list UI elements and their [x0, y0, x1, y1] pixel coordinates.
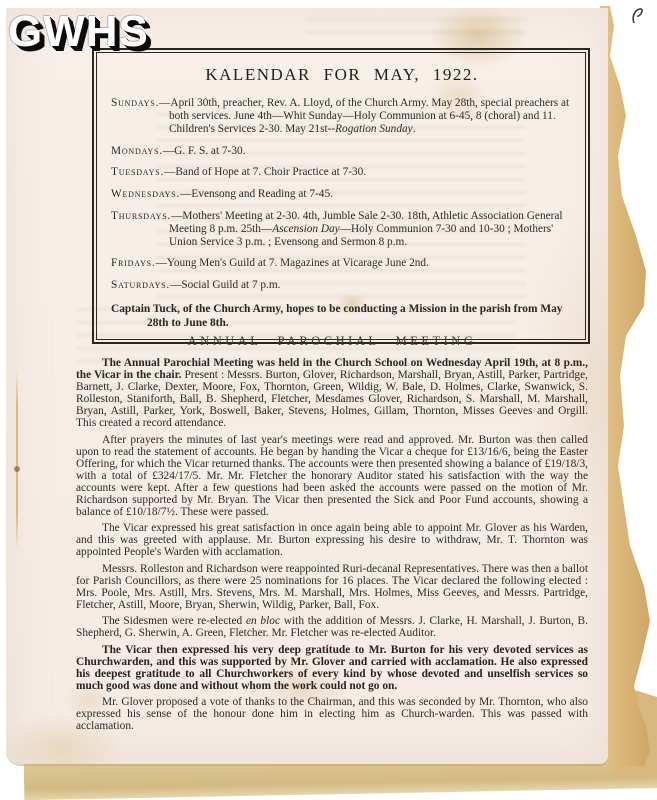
- calendar-entry-sundays: Sundays.—April 30th, preacher, Rev. A. L…: [111, 97, 573, 136]
- entry-text: —Young Men's Guild at 7. Magazines at Vi…: [156, 257, 429, 269]
- paragraph-italic: en bloc: [246, 615, 280, 627]
- calendar-entry-saturdays: Saturdays.—Social Guild at 7 p.m.: [111, 279, 573, 292]
- torn-edge: [600, 6, 654, 766]
- entry-text: .: [413, 123, 416, 135]
- verso-show-through: [306, 18, 526, 44]
- kalendar-inner-border: KALENDAR FOR MAY, 1922. Sundays.—April 3…: [96, 52, 586, 340]
- paragraph-text: After prayers the minutes of last year's…: [76, 434, 588, 518]
- entry-italic: Rogation Sunday: [335, 123, 413, 135]
- day-label: Fridays.: [111, 257, 156, 269]
- calendar-entry-thursdays: Thursdays.—Mothers' Meeting at 2-30. 4th…: [111, 210, 573, 249]
- day-label: Mondays.: [111, 145, 163, 157]
- entry-text: —Band of Hope at 7. Choir Practice at 7-…: [164, 166, 366, 178]
- paragraph-text: The Vicar expressed his great satisfacti…: [76, 522, 588, 558]
- gwhs-watermark: GWHS: [8, 10, 149, 54]
- entry-text: —Evensong and Reading at 7-45.: [180, 188, 333, 200]
- article-paragraph: Mr. Glover proposed a vote of thanks to …: [76, 696, 588, 732]
- article-section: ANNUAL PAROCHIAL MEETING The Annual Paro…: [76, 334, 588, 737]
- day-label: Tuesdays.: [111, 166, 164, 178]
- paper-page: KALENDAR FOR MAY, 1922. Sundays.—April 3…: [6, 8, 608, 764]
- staple-mark: [630, 6, 646, 26]
- entry-text: —G. F. S. at 7-30.: [163, 145, 246, 157]
- mission-notice: Captain Tuck, of the Church Army, hopes …: [111, 303, 573, 330]
- article-paragraph: The Annual Parochial Meeting was held in…: [76, 357, 588, 429]
- article-paragraph: After prayers the minutes of last year's…: [76, 434, 588, 518]
- day-label: Wednesdays.: [111, 188, 180, 200]
- paragraph-text: The Vicar then expressed his very deep g…: [76, 644, 588, 692]
- entry-italic: Ascension Day: [272, 223, 339, 235]
- paragraph-text: Messrs. Rolleston and Richardson were re…: [76, 563, 588, 611]
- article-heading: ANNUAL PAROCHIAL MEETING: [76, 334, 588, 349]
- calendar-entry-fridays: Fridays.—Young Men's Guild at 7. Magazin…: [111, 257, 573, 270]
- calendar-entry-tuesdays: Tuesdays.—Band of Hope at 7. Choir Pract…: [111, 166, 573, 179]
- paragraph-text: The Sidesmen were re-elected: [102, 615, 246, 627]
- day-label: Saturdays.: [111, 279, 170, 291]
- entry-text: —Social Guild at 7 p.m.: [170, 279, 280, 291]
- calendar-entry-mondays: Mondays.—G. F. S. at 7-30.: [111, 145, 573, 158]
- binding-thread: [16, 370, 18, 550]
- paragraph-text: Mr. Glover proposed a vote of thanks to …: [76, 696, 588, 732]
- kalendar-title: KALENDAR FOR MAY, 1922.: [111, 65, 573, 85]
- day-label: Thursdays.: [111, 210, 171, 222]
- article-paragraph: The Vicar then expressed his very deep g…: [76, 644, 588, 692]
- kalendar-box: KALENDAR FOR MAY, 1922. Sundays.—April 3…: [92, 48, 590, 344]
- article-paragraph: The Sidesmen were re-elected en bloc wit…: [76, 615, 588, 639]
- article-paragraph: The Vicar expressed his great satisfacti…: [76, 522, 588, 558]
- scanned-page: KALENDAR FOR MAY, 1922. Sundays.—April 3…: [0, 0, 657, 800]
- day-label: Sundays.: [111, 97, 159, 109]
- article-paragraph: Messrs. Rolleston and Richardson were re…: [76, 563, 588, 611]
- calendar-entry-wednesdays: Wednesdays.—Evensong and Reading at 7-45…: [111, 188, 573, 201]
